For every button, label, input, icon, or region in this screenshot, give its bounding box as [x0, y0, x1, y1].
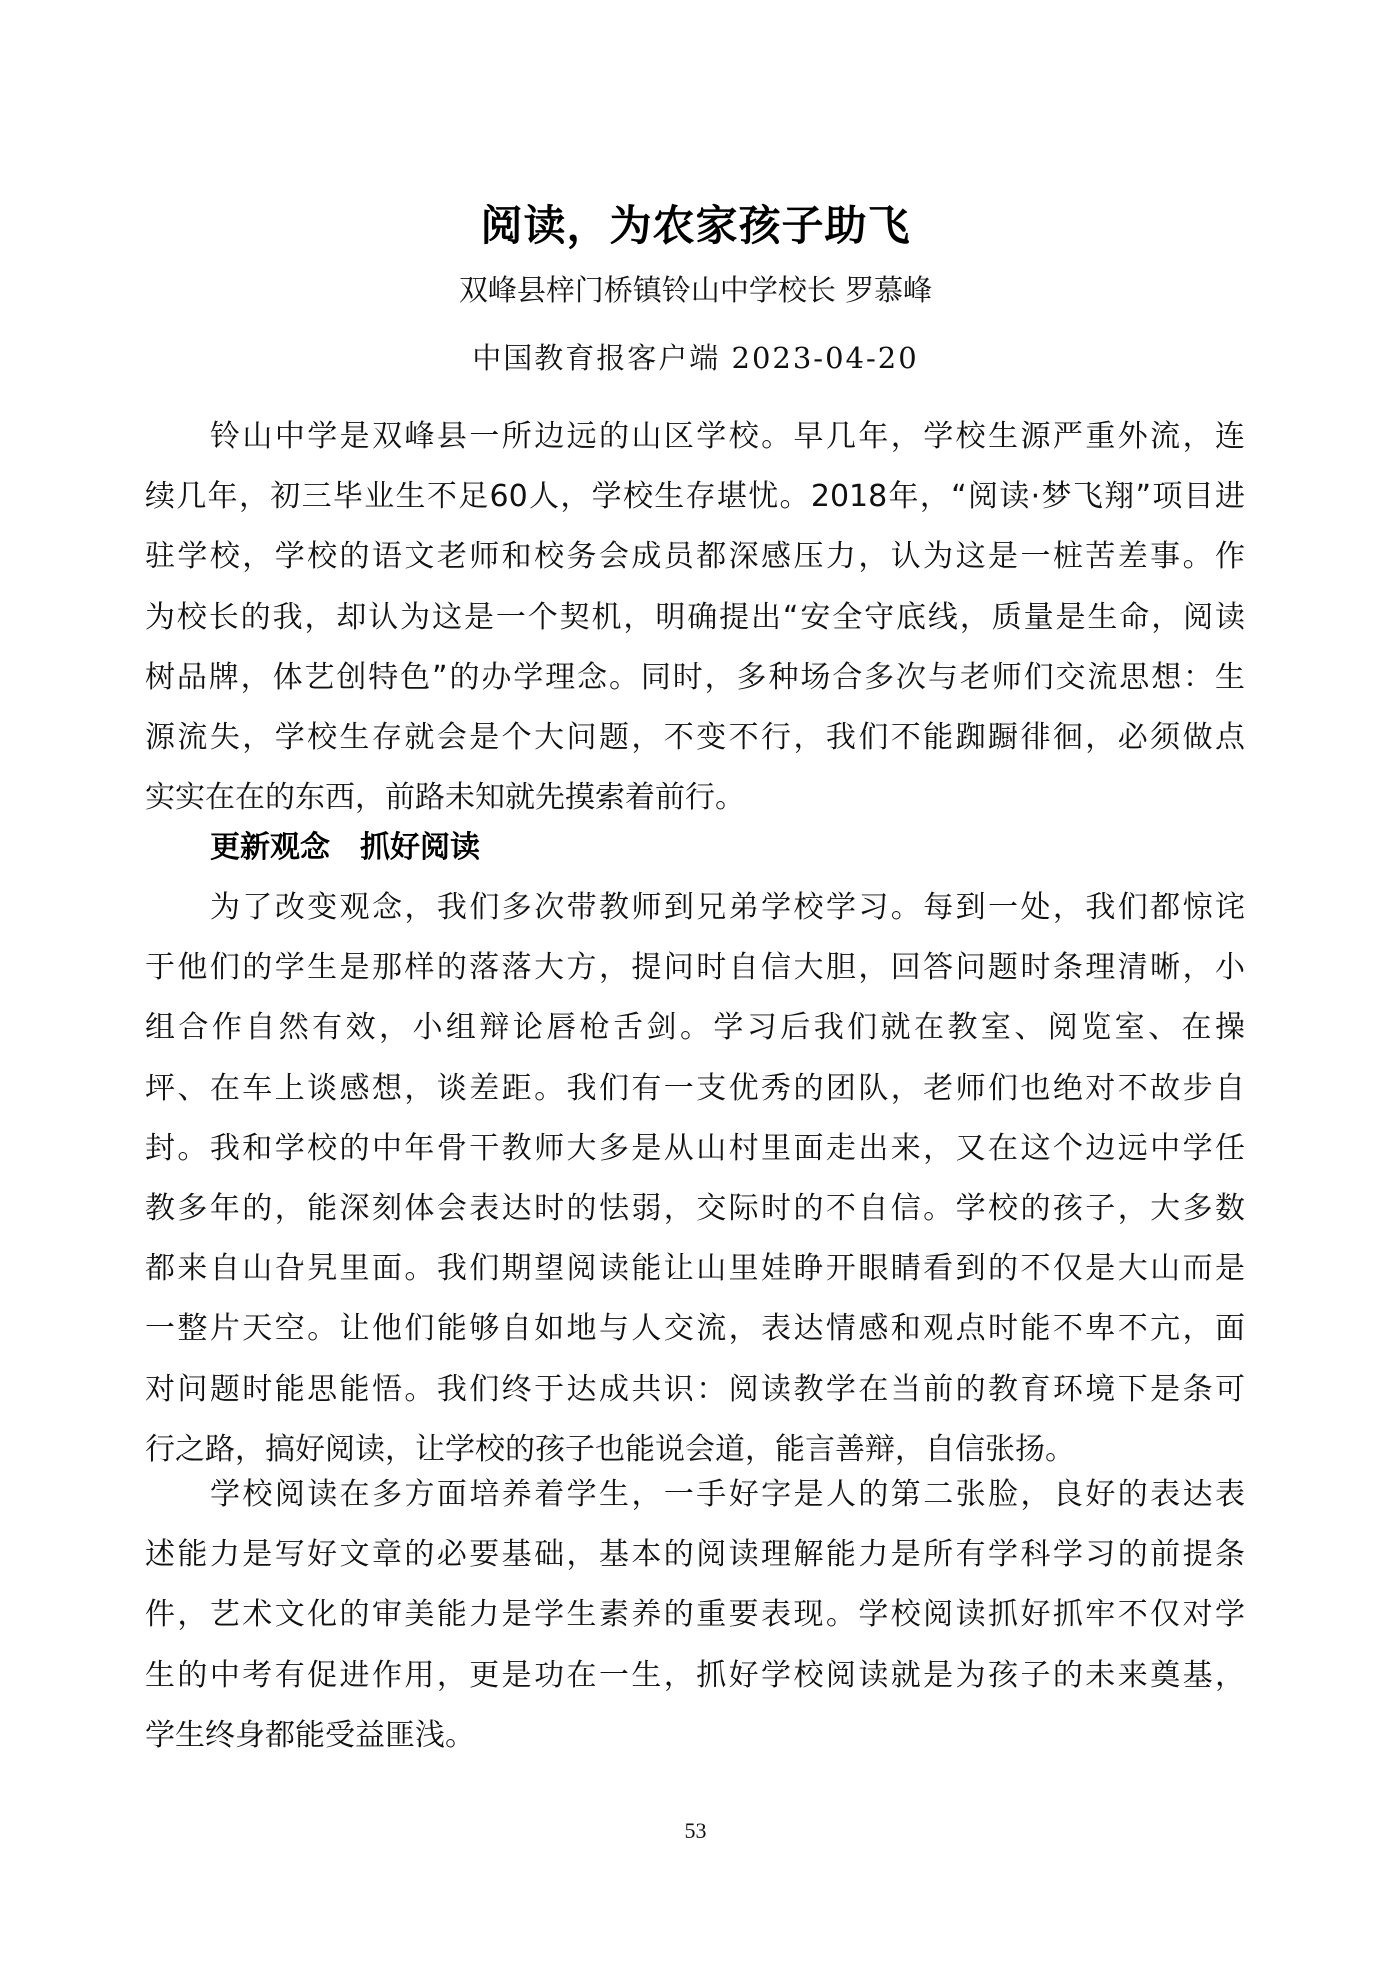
- source-line: 中国教育报客户端 2023-04-20: [0, 338, 1391, 378]
- document-page: 阅读，为农家孩子助飞 双峰县梓门桥镇铃山中学校长 罗慕峰 中国教育报客户端 20…: [0, 0, 1391, 1965]
- paragraph-line: 组合作自然有效，小组辩论唇枪舌剑。学习后我们就在教室、阅览室、在操: [145, 998, 1245, 1058]
- paragraph-1: 铃山中学是双峰县一所边远的山区学校。早几年，学校生源严重外流，连 续几年，初三毕…: [145, 407, 1245, 828]
- paragraph-line: 续几年，初三毕业生不足60人，学校生存堪忧。2018年，“阅读·梦飞翔”项目进: [145, 467, 1245, 527]
- paragraph-line: 件，艺术文化的审美能力是学生素养的重要表现。学校阅读抓好抓牢不仅对学: [145, 1585, 1245, 1645]
- paragraph-3: 学校阅读在多方面培养着学生，一手好字是人的第二张脸，良好的表达表 述能力是写好文…: [145, 1465, 1245, 1766]
- page-number: 53: [0, 1816, 1391, 1846]
- paragraph-line: 驻学校，学校的语文老师和校务会成员都深感压力，认为这是一桩苦差事。作: [145, 527, 1245, 587]
- paragraph-line: 为了改变观念，我们多次带教师到兄弟学校学习。每到一处，我们都惊诧: [145, 878, 1245, 938]
- section-heading-block: 更新观念 抓好阅读: [145, 818, 1245, 878]
- paragraph-line: 于他们的学生是那样的落落大方，提问时自信大胆，回答问题时条理清晰，小: [145, 938, 1245, 998]
- section-heading: 更新观念 抓好阅读: [145, 818, 1245, 878]
- paragraph-line: 一整片天空。让他们能够自如地与人交流，表达情感和观点时能不卑不亢，面: [145, 1299, 1245, 1359]
- paragraph-line: 对问题时能思能悟。我们终于达成共识：阅读教学在当前的教育环境下是条可: [145, 1360, 1245, 1420]
- paragraph-line: 生的中考有促进作用，更是功在一生，抓好学校阅读就是为孩子的未来奠基，: [145, 1646, 1245, 1706]
- paragraph-line: 述能力是写好文章的必要基础，基本的阅读理解能力是所有学科学习的前提条: [145, 1525, 1245, 1585]
- paragraph-line: 学校阅读在多方面培养着学生，一手好字是人的第二张脸，良好的表达表: [145, 1465, 1245, 1525]
- paragraph-line: 铃山中学是双峰县一所边远的山区学校。早几年，学校生源严重外流，连: [145, 407, 1245, 467]
- paragraph-line: 封。我和学校的中年骨干教师大多是从山村里面走出来，又在这个边远中学任: [145, 1119, 1245, 1179]
- paragraph-line: 都来自山旮旯里面。我们期望阅读能让山里娃睁开眼睛看到的不仅是大山而是: [145, 1239, 1245, 1299]
- paragraph-line: 学生终身都能受益匪浅。: [145, 1706, 1245, 1766]
- paragraph-line: 为校长的我，却认为这是一个契机，明确提出“安全守底线，质量是生命，阅读: [145, 588, 1245, 648]
- author-line: 双峰县梓门桥镇铃山中学校长 罗慕峰: [0, 270, 1391, 310]
- article-title: 阅读，为农家孩子助飞: [0, 198, 1391, 254]
- paragraph-line: 源流失，学校生存就会是个大问题，不变不行，我们不能踟蹰徘徊，必须做点: [145, 708, 1245, 768]
- paragraph-line: 教多年的，能深刻体会表达时的怯弱，交际时的不自信。学校的孩子，大多数: [145, 1179, 1245, 1239]
- paragraph-line: 坪、在车上谈感想，谈差距。我们有一支优秀的团队，老师们也绝对不故步自: [145, 1059, 1245, 1119]
- paragraph-2: 为了改变观念，我们多次带教师到兄弟学校学习。每到一处，我们都惊诧 于他们的学生是…: [145, 878, 1245, 1480]
- paragraph-line: 树品牌，体艺创特色”的办学理念。同时，多种场合多次与老师们交流思想：生: [145, 648, 1245, 708]
